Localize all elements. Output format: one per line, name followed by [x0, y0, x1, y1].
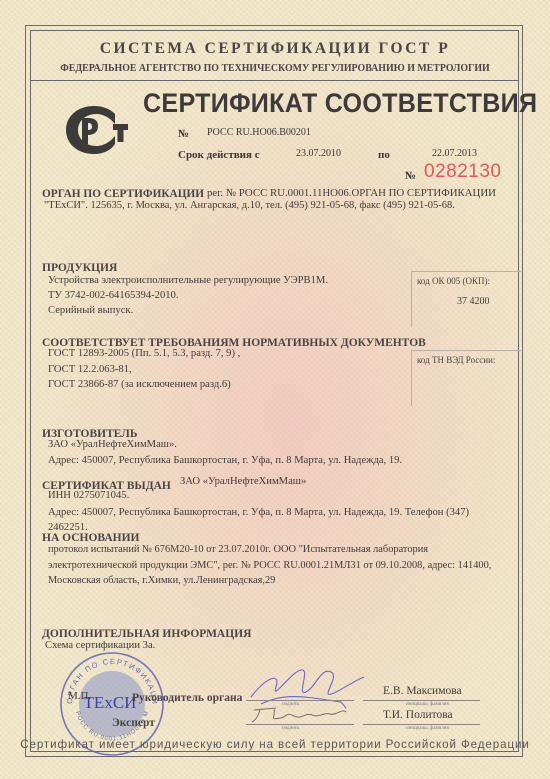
- valid-to-label: по: [378, 149, 390, 161]
- basis-line-3: Московская область, г.Химки, ул.Ленингра…: [48, 575, 275, 586]
- manufacturer-address: Адрес: 450007, Республика Башкортостан, …: [48, 455, 402, 466]
- certification-body-line-2: "ТЕхСИ". 125635, г. Москва, ул. Ангарска…: [44, 200, 455, 211]
- expert-label: Эксперт: [112, 717, 155, 729]
- expert-signature-caption: подпись: [282, 726, 299, 731]
- product-heading: ПРОДУКЦИЯ: [42, 262, 117, 274]
- head-name-line: [363, 700, 480, 701]
- gost-r-logo-icon: [64, 104, 130, 156]
- header-divider: [30, 80, 519, 81]
- serial-number: 0282130: [424, 161, 501, 183]
- certification-body-heading: ОРГАН ПО СЕРТИФИКАЦИИ: [42, 188, 204, 200]
- issued-to-inn: ИНН 0275071045.: [48, 490, 129, 501]
- basis-line-2: электротехнической продукции ЭМС", рег. …: [48, 560, 491, 571]
- product-line-2: ТУ 3742-002-64165394-2010.: [48, 290, 179, 301]
- system-title: СИСТЕМА СЕРТИФИКАЦИИ ГОСТ Р: [0, 40, 550, 58]
- okp-code-label: код ОК 005 (ОКП):: [417, 276, 490, 286]
- standard-line-2: ГОСТ 12.2.063-81,: [48, 364, 132, 375]
- valid-from-date: 23.07.2010: [296, 148, 341, 159]
- basis-heading: НА ОСНОВАНИИ: [42, 532, 140, 544]
- head-name-caption: инициалы, фамилия: [406, 702, 449, 707]
- product-line-3: Серийный выпуск.: [48, 305, 133, 316]
- valid-to-date: 22.07.2013: [432, 148, 477, 159]
- expert-name: Т.И. Политова: [383, 709, 453, 721]
- standard-line-3: ГОСТ 23866-87 (за исключением разд.6): [48, 379, 231, 390]
- tn-ved-code-label: код ТН ВЭД России:: [417, 355, 495, 365]
- expert-signature-line: [246, 724, 354, 725]
- head-name: Е.В. Максимова: [383, 685, 462, 697]
- additional-info-heading: ДОПОЛНИТЕЛЬНАЯ ИНФОРМАЦИЯ: [42, 628, 251, 640]
- certification-body-line-1: рег. № РОСС RU.0001.11НО06.ОРГАН ПО СЕРТ…: [207, 187, 496, 199]
- certificate-number-label: №: [178, 128, 189, 140]
- issued-to-address-line-1: Адрес: 450007, Республика Башкортостан, …: [48, 507, 469, 518]
- manufacturer-name: ЗАО «УралНефтеХимМаш».: [48, 439, 177, 450]
- expert-name-line: [363, 724, 480, 725]
- okp-code-value: 37 4200: [457, 296, 490, 307]
- standard-line-1: ГОСТ 12893-2005 (Пп. 5.1, 5.3, разд. 7, …: [48, 348, 240, 359]
- product-line-1: Устройства электроисполнительные регулир…: [48, 275, 328, 286]
- head-of-body-label: Руководитель органа: [132, 692, 242, 704]
- certificate-number: РОСС RU.HO06.B00201: [207, 127, 311, 138]
- svg-text:ТЕхСИ: ТЕхСИ: [84, 693, 137, 712]
- serial-number-label: №: [405, 170, 416, 182]
- expert-name-caption: инициалы, фамилия: [406, 726, 449, 731]
- agency-name: ФЕДЕРАЛЬНОЕ АГЕНТСТВО ПО ТЕХНИЧЕСКОМУ РЕ…: [14, 63, 537, 74]
- issued-to-name: ЗАО «УралНефтеХимМаш»: [180, 476, 306, 487]
- certificate-title: СЕРТИФИКАТ СООТВЕТСТВИЯ: [143, 88, 537, 119]
- validity-label: Срок действия с: [178, 149, 260, 161]
- basis-line-1: протокол испытаний № 676М20-10 от 23.07.…: [48, 544, 428, 555]
- legal-validity-note: Сертификат имеет юридическую силу на все…: [0, 738, 550, 751]
- stamp-place-label: М.П.: [68, 690, 91, 702]
